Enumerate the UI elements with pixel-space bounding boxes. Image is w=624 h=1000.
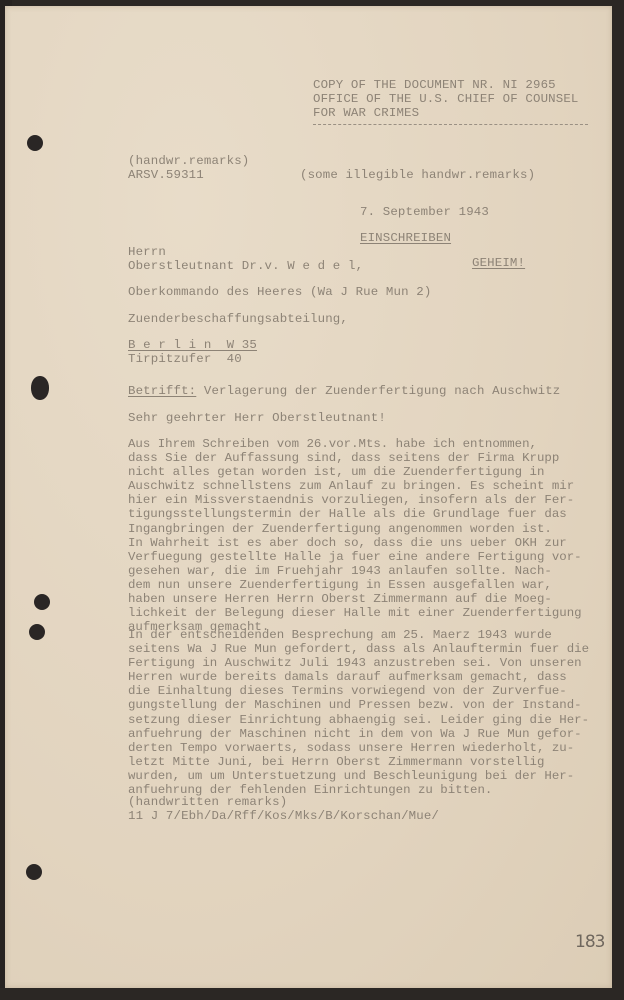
registered-mark: EINSCHREIBEN <box>360 231 451 246</box>
body-paragraph-1: Aus Ihrem Schreiben vom 26.vor.Mts. habe… <box>128 437 582 634</box>
body-line: derten Tempo vorwaerts, sodass unsere He… <box>128 741 589 755</box>
body-line: gesehen war, die im Fruehjahr 1943 anlau… <box>128 564 582 578</box>
header-divider <box>313 124 588 125</box>
body-line: nicht alles getan worden ist, um die Zue… <box>128 465 582 479</box>
handwritten-remarks-note: (handwr.remarks) <box>128 154 249 169</box>
body-line: lichkeit der Belegung dieser Halle mit e… <box>128 606 582 620</box>
body-line: In Wahrheit ist es aber doch so, dass di… <box>128 536 582 550</box>
body-line: In der entscheidenden Besprechung am 25.… <box>128 628 589 642</box>
copy-note-line-1: COPY OF THE DOCUMENT NR. NI 2965 <box>313 78 556 93</box>
body-line: Verfuegung gestellte Halle ja fuer eine … <box>128 550 582 564</box>
subject-label: Betrifft: <box>128 384 196 398</box>
copy-note-line-3: FOR WAR CRIMES <box>313 106 419 121</box>
footer-handwritten-remarks: (handwritten remarks) <box>128 795 287 810</box>
body-line: wurden, um um Unterstuetzung und Beschle… <box>128 769 589 783</box>
illegible-remarks-note: (some illegible handwr.remarks) <box>300 168 535 183</box>
body-line: tigungsstellungstermin der Halle als die… <box>128 507 582 521</box>
scanner-bottom-edge <box>0 988 624 1000</box>
page-number: 183 <box>575 932 604 952</box>
addressee-street: Tirpitzufer 40 <box>128 352 242 367</box>
body-line: Auschwitz schnellstens zum Anlauf zu bri… <box>128 479 582 493</box>
punch-hole <box>29 624 45 640</box>
body-line: Herren wurde bereits damals darauf aufme… <box>128 670 589 684</box>
copy-note-line-2: OFFICE OF THE U.S. CHIEF OF COUNSEL <box>313 92 579 107</box>
subject-text: Verlagerung der Zuenderfertigung nach Au… <box>196 384 560 398</box>
letter-date: 7. September 1943 <box>360 205 489 220</box>
addressee-office: Oberkommando des Heeres (Wa J Rue Mun 2) <box>128 285 431 300</box>
body-line: dem nun unsere Zuenderfertigung in Essen… <box>128 578 582 592</box>
addressee-department: Zuenderbeschaffungsabteilung, <box>128 312 348 327</box>
body-line: dass Sie der Auffassung sind, dass seite… <box>128 451 582 465</box>
body-line: gungstellung der Maschinen und Pressen b… <box>128 698 589 712</box>
distribution-line: 11 J 7/Ebh/Da/Rff/Kos/Mks/B/Korschan/Mue… <box>128 809 439 824</box>
body-line: setzung dieser Einrichtung abhaengig sei… <box>128 713 589 727</box>
body-line: seitens Wa J Rue Mun gefordert, dass als… <box>128 642 589 656</box>
body-line: haben unsere Herren Herrn Oberst Zimmerm… <box>128 592 582 606</box>
secret-mark: GEHEIM! <box>472 256 525 271</box>
addressee-salutation: Herrn <box>128 245 166 260</box>
addressee-city: B e r l i n W 35 <box>128 338 257 353</box>
body-paragraph-2: In der entscheidenden Besprechung am 25.… <box>128 628 589 797</box>
punch-hole <box>27 135 43 151</box>
body-line: Fertigung in Auschwitz Juli 1943 anzustr… <box>128 656 589 670</box>
body-line: hier ein Missverstaendnis vorzuliegen, i… <box>128 493 582 507</box>
greeting: Sehr geehrter Herr Oberstleutnant! <box>128 411 386 426</box>
body-line: anfuehrung der Maschinen nicht in dem vo… <box>128 727 589 741</box>
body-line: Ingangbringen der Zuenderfertigung angen… <box>128 522 582 536</box>
body-line: Aus Ihrem Schreiben vom 26.vor.Mts. habe… <box>128 437 582 451</box>
punch-hole <box>26 864 42 880</box>
reference-number: ARSV.59311 <box>128 168 204 183</box>
addressee-name: Oberstleutnant Dr.v. W e d e l, <box>128 259 363 274</box>
body-line: letzt Mitte Juni, bei Herrn Oberst Zimme… <box>128 755 589 769</box>
body-line: die Einhaltung dieses Termins vorwiegend… <box>128 684 589 698</box>
subject-line: Betrifft: Verlagerung der Zuenderfertigu… <box>128 384 560 399</box>
punch-hole <box>34 594 50 610</box>
punch-hole <box>31 376 49 400</box>
